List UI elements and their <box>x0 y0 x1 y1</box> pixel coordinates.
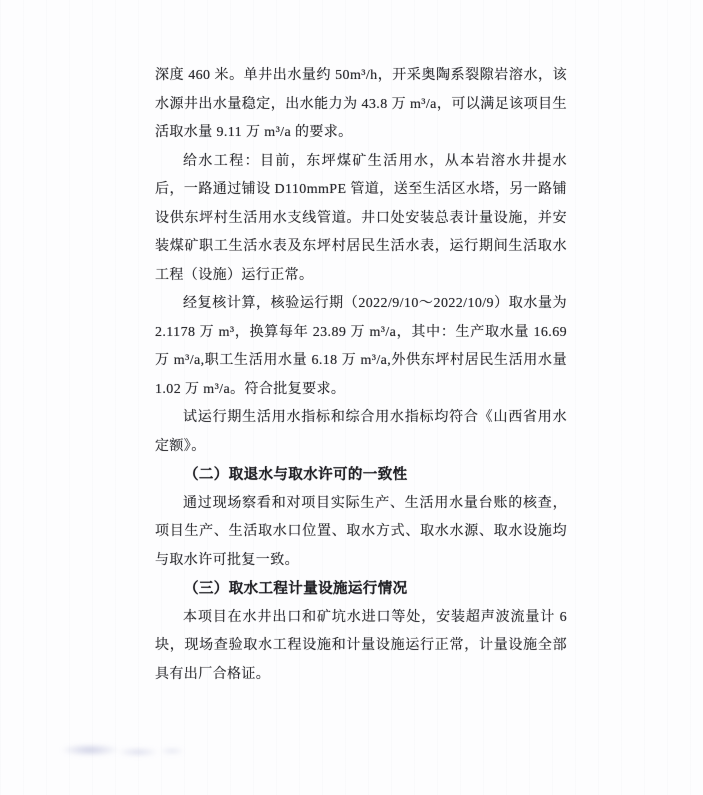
document-text-block: 深度 460 米。单井出水量约 50m³/h，开采奥陶系裂隙岩溶水，该水源井出水… <box>155 62 567 689</box>
paragraph-water-source-capacity: 深度 460 米。单井出水量约 50m³/h，开采奥陶系裂隙岩溶水，该水源井出水… <box>155 62 567 148</box>
heading-section-3-metering-facilities: （三）取水工程计量设施运行情况 <box>155 575 567 604</box>
paragraph-flow-meters-inspection: 本项目在水井出口和矿坑水进口等处，安装超声波流量计 6 块，现场查验取水工程设施… <box>155 604 567 690</box>
paragraph-permit-consistency-check: 通过现场察看和对项目实际生产、生活用水量台账的核查，项目生产、生活取水口位置、取… <box>155 490 567 576</box>
scan-ink-smudge-artifact <box>60 738 190 762</box>
paragraph-verified-intake-volumes: 经复核计算，核验运行期（2022/9/10～2022/10/9）取水量为 2.1… <box>155 290 567 404</box>
paragraph-water-quota-compliance: 试运行期生活用水指标和综合用水指标均符合《山西省用水定额》。 <box>155 404 567 461</box>
paragraph-water-supply-works: 给水工程：目前，东坪煤矿生活用水，从本岩溶水井提水后，一路通过铺设 D110mm… <box>155 148 567 291</box>
heading-section-2-permit-consistency: （二）取退水与取水许可的一致性 <box>155 461 567 490</box>
scanned-document-page: 深度 460 米。单井出水量约 50m³/h，开采奥陶系裂隙岩溶水，该水源井出水… <box>0 0 703 795</box>
